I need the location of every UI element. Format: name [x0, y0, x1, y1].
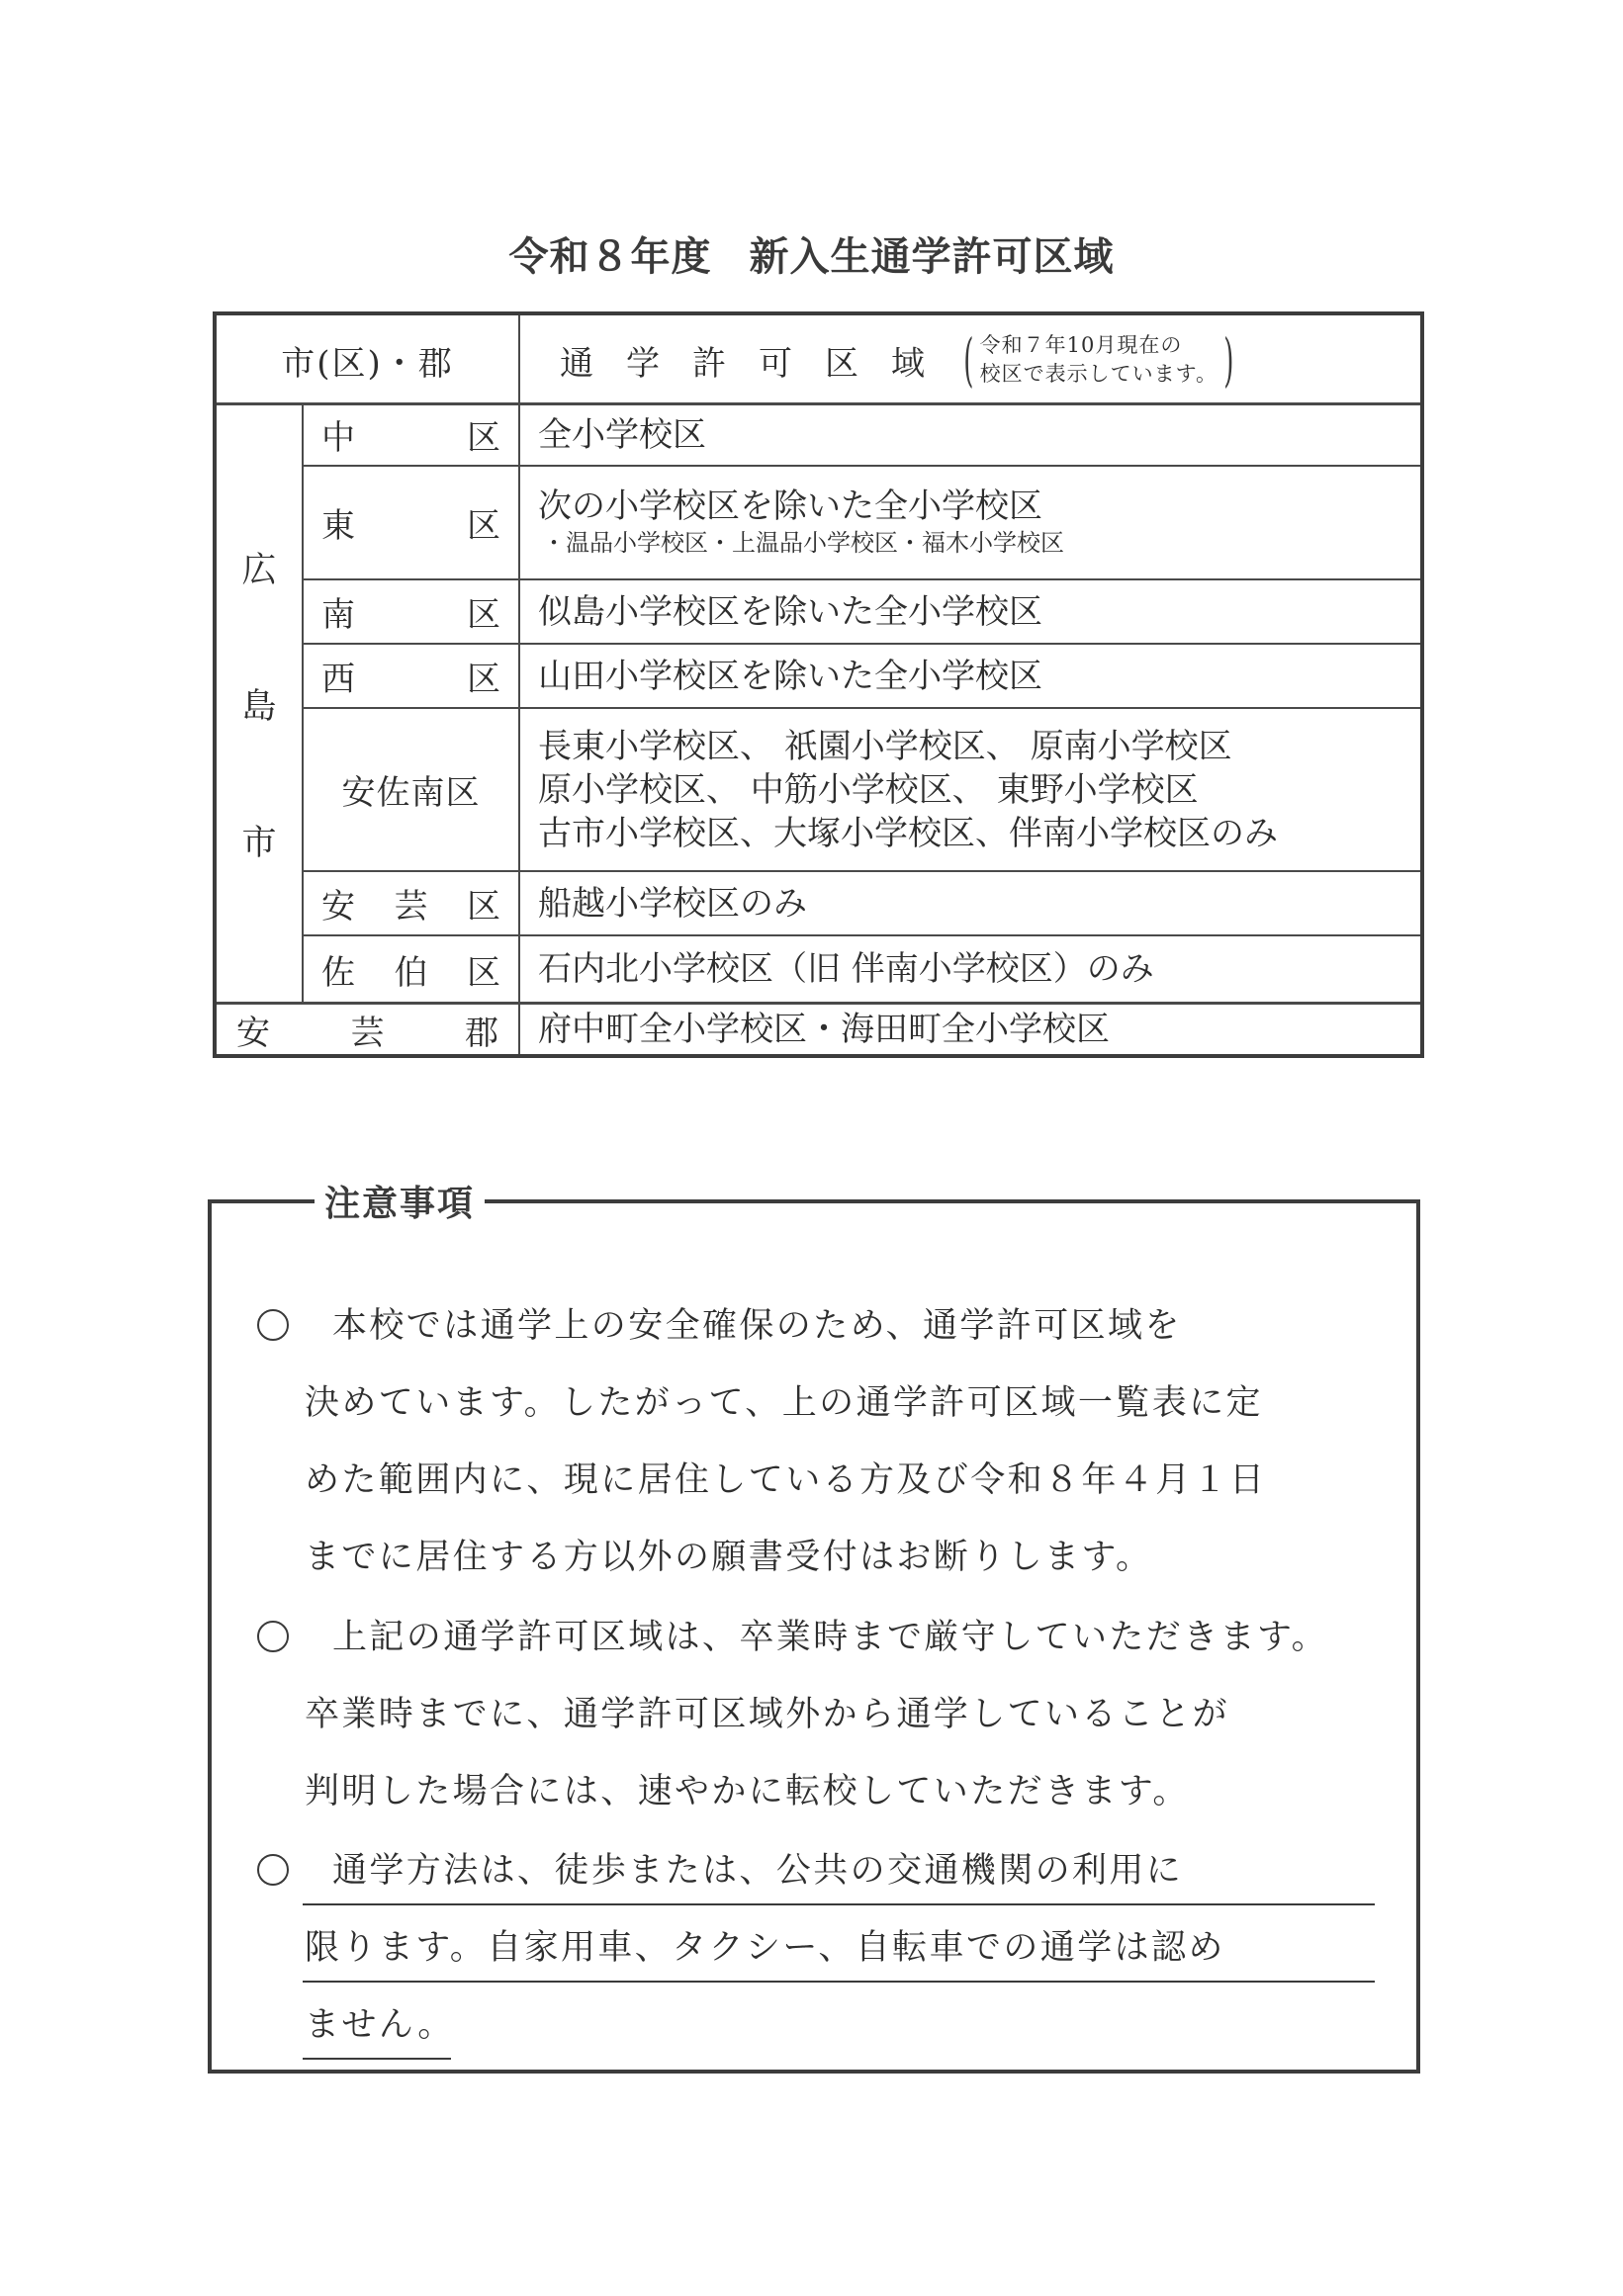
circle-bullet-icon [257, 1309, 289, 1341]
notes-box: 注意事項 本校では通学上の安全確保のため、通学許可区域を 決めています。したがっ… [208, 1199, 1420, 2074]
notes-title: 注意事項 [315, 1176, 485, 1226]
page-title-subject: 新入生通学許可区域 [750, 234, 1115, 280]
ward-higashi: 東 区 [304, 467, 518, 578]
note-item-1: 本校では通学上の安全確保のため、通学許可区域を 決めています。したがって、上の通… [257, 1287, 1375, 1596]
header-municipality: 市(区)・郡 [217, 315, 518, 404]
circle-bullet-icon [257, 1621, 289, 1652]
zone-table: 市(区)・郡 通学許可区域 ( 令和７年10月現在の 校区で表示しています。 )… [213, 311, 1424, 1058]
header-note: ( 令和７年10月現在の 校区で表示しています。 ) [957, 331, 1240, 389]
ward-asaminami: 安佐南区 [304, 709, 518, 870]
area-saeki: 石内北小学校区（旧 伴南小学校区）のみ [520, 936, 1424, 1002]
area-aki: 船越小学校区のみ [520, 872, 1424, 934]
area-naka: 全小学校区 [520, 404, 1424, 465]
page-title-year: 令和８年度 [509, 234, 712, 280]
circle-bullet-icon [257, 1854, 289, 1886]
ward-minami: 南 区 [304, 580, 518, 643]
city-label-hiroshima: 広 島 市 [217, 404, 302, 1004]
area-higashi-exclusions: ・温品小学校区・上温品小学校区・福木小学校区 [538, 526, 1064, 560]
header-note-text: 令和７年10月現在の 校区で表示しています。 [980, 331, 1217, 389]
ward-aki: 安 芸 区 [304, 872, 518, 934]
area-higashi: 次の小学校区を除いた全小学校区 ・温品小学校区・上温品小学校区・福木小学校区 [520, 467, 1424, 578]
ward-nishi: 西 区 [304, 645, 518, 707]
paren-close: ) [1223, 331, 1233, 389]
ward-saeki: 佐 伯 区 [304, 936, 518, 1002]
note-item-2: 上記の通学許可区域は、卒業時まで厳守していただきます。 卒業時までに、通学許可区… [257, 1599, 1375, 1830]
area-minami: 似島小学校区を除いた全小学校区 [520, 580, 1424, 643]
header-area: 通学許可区域 ( 令和７年10月現在の 校区で表示しています。 ) [520, 315, 1424, 404]
page-title: 令和８年度新入生通学許可区域 [0, 225, 1623, 282]
note-item-3: 通学方法は、徒歩または、公共の交通機関の利用に 限ります。自家用車、タクシー、自… [257, 1832, 1375, 2064]
paren-open: ( [963, 331, 973, 389]
header-area-label: 通学許可区域 [560, 336, 957, 385]
area-asaminami: 長東小学校区、 祇園小学校区、 原南小学校区 原小学校区、 中筋小学校区、 東野… [520, 709, 1424, 870]
area-aki-gun: 府中町全小学校区・海田町全小学校区 [520, 1005, 1424, 1054]
district-aki-gun: 安 芸 郡 [217, 1005, 518, 1054]
ward-naka: 中 区 [304, 404, 518, 465]
area-nishi: 山田小学校区を除いた全小学校区 [520, 645, 1424, 707]
